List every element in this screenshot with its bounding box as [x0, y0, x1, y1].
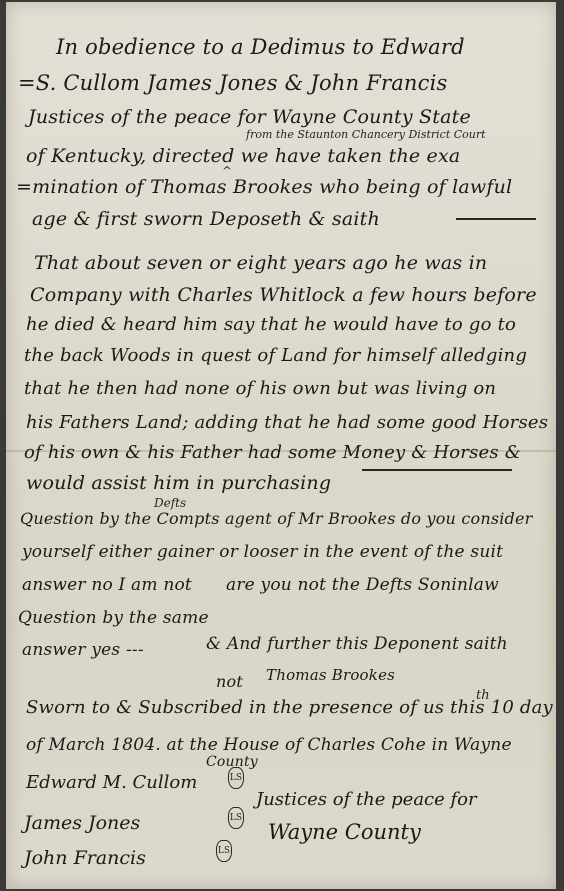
deponent-signature: Thomas Brookes [266, 666, 395, 684]
text-line-8: Company with Charles Whitlock a few hour… [30, 284, 537, 306]
text-line-12: his Fathers Land; adding that he had som… [26, 412, 548, 433]
text-line-19: answer yes --- [22, 640, 144, 660]
text-line-17: answer no I am not [22, 575, 192, 595]
text-line-11: that he then had none of his own but was… [24, 378, 496, 399]
text-line-4: of Kentucky, directed we have taken the … [26, 145, 460, 167]
text-line-9: he died & heard him say that he would ha… [26, 314, 516, 335]
text-line-13: of his own & his Father had some Money &… [24, 442, 521, 463]
text-line-7: That about seven or eight years ago he w… [34, 252, 487, 274]
seal-mark-3: LS [216, 840, 232, 862]
signature-james-jones: James Jones [24, 812, 140, 834]
signature-edward-cullom: Edward M. Cullom [26, 772, 197, 793]
text-line-16: yourself either gainer or looser in the … [22, 542, 503, 562]
line-filler [362, 469, 512, 471]
insertion-court: from the Staunton Chancery District Cour… [246, 128, 486, 141]
signature-john-francis: John Francis [24, 847, 146, 869]
text-line-6: age & first sworn Deposeth & saith [32, 208, 380, 230]
insertion-defts: Defts [154, 496, 186, 510]
text-line-21: of March 1804. at the House of Charles C… [26, 735, 512, 755]
seal-mark-1: LS [228, 767, 244, 789]
text-line-10: the back Woods in quest of Land for hims… [24, 345, 527, 366]
justices-title-line-2: Wayne County [268, 820, 421, 844]
manuscript-page: In obedience to a Dedimus to Edward =S. … [6, 2, 556, 889]
text-line-5: =mination of Thomas Brookes who being of… [16, 176, 512, 198]
seal-mark-2: LS [228, 807, 244, 829]
text-line-20: Sworn to & Subscribed in the presence of… [26, 697, 553, 718]
text-line-15: Question by the Compts agent of Mr Brook… [20, 509, 533, 528]
further-deponent-saith: & And further this Deponent saith [206, 634, 508, 654]
text-line-14: would assist him in purchasing [26, 472, 331, 494]
justices-title-line-1: Justices of the peace for [256, 789, 477, 810]
text-line-3: Justices of the peace for Wayne County S… [28, 106, 471, 128]
text-line-2: =S. Cullom James Jones & John Francis [18, 71, 448, 95]
are-you-not-question: are you not the Defts Soninlaw [226, 575, 499, 595]
text-line-1: In obedience to a Dedimus to Edward [56, 35, 465, 59]
line-filler [456, 218, 536, 220]
not-text: not [216, 672, 243, 691]
text-line-18: Question by the same [18, 608, 209, 628]
